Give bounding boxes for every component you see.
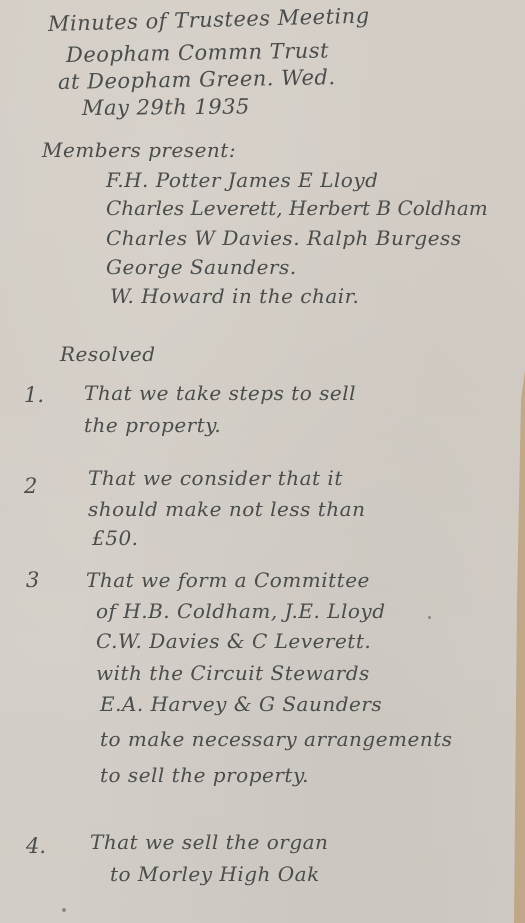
resolution-line: the property. (84, 413, 221, 437)
resolution-line: That we take steps to sell (84, 381, 356, 405)
paper-sheet: Minutes of Trustees Meeting Deopham Comm… (0, 0, 525, 923)
meeting-date: May 29th 1935 (82, 95, 250, 120)
members-line: George Saunders. (106, 255, 297, 279)
members-present-label: Members present: (42, 138, 236, 162)
title-line-1: Minutes of Trustees Meeting (48, 4, 370, 36)
resolution-line: to sell the property. (100, 763, 309, 787)
chair-line: W. Howard in the chair. (110, 284, 359, 308)
members-line: F.H. Potter James E Lloyd (106, 168, 378, 192)
members-line: Charles W Davies. Ralph Burgess (106, 226, 462, 250)
resolution-line: to Morley High Oak (110, 862, 320, 886)
resolution-number: 4. (26, 834, 46, 858)
resolution-line: to make necessary arrangements (100, 727, 453, 751)
resolution-amount: £50. (92, 526, 139, 550)
resolution-line: That we consider that it (88, 466, 343, 490)
title-line-2: Deopham Commn Trust (66, 38, 329, 67)
resolution-number: 3 (26, 568, 39, 592)
paper-speck (62, 908, 66, 912)
resolution-line: should make not less than (88, 497, 365, 521)
paper-speck (428, 616, 431, 619)
title-line-3: at Deopham Green. Wed. (58, 65, 336, 94)
resolution-line: of H.B. Coldham, J.E. Lloyd (96, 599, 386, 623)
members-line: Charles Leverett, Herbert B Coldham (106, 196, 488, 220)
resolution-number: 1. (24, 383, 44, 407)
resolution-line: That we sell the organ (90, 830, 328, 854)
resolution-line: E.A. Harvey & G Saunders (100, 692, 382, 716)
resolution-line: with the Circuit Stewards (96, 661, 370, 685)
resolved-heading: Resolved (60, 342, 156, 366)
resolution-number: 2 (24, 474, 37, 498)
resolution-line: That we form a Committee (86, 568, 370, 592)
resolution-line: C.W. Davies & C Leverett. (96, 629, 371, 653)
